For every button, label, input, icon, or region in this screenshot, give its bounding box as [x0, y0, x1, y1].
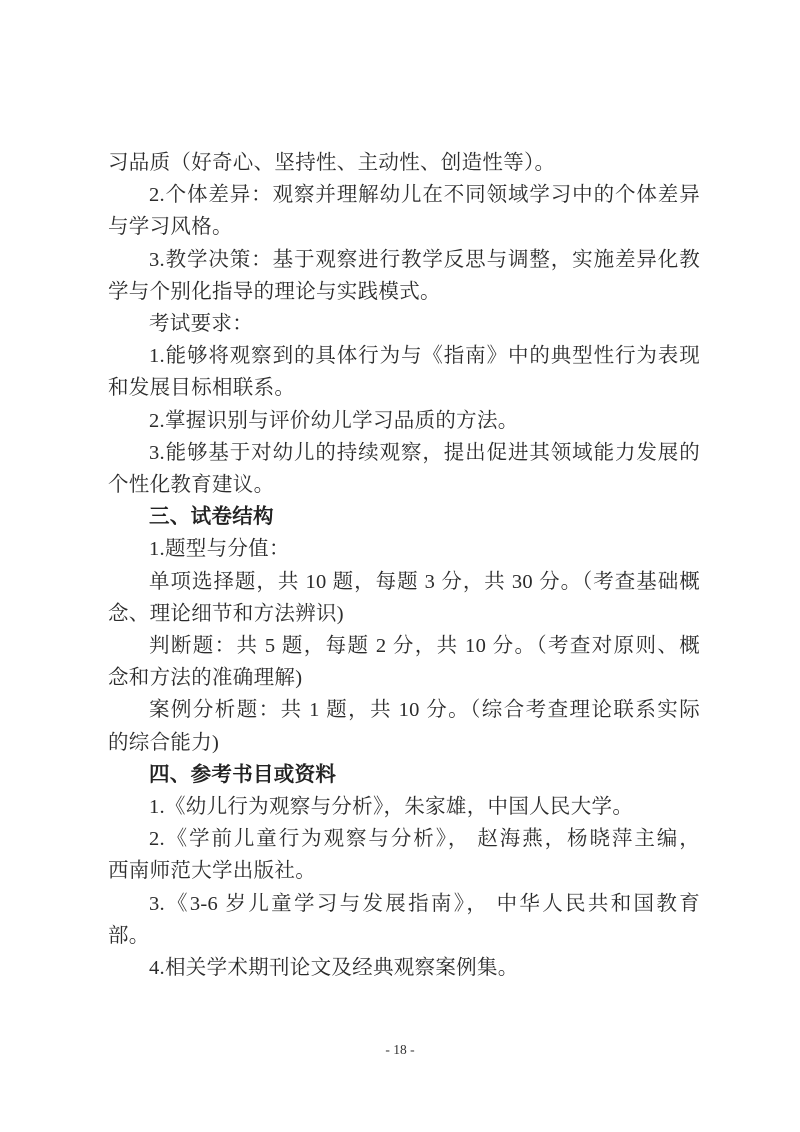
text-line: 3.教学决策：基于观察进行教学反思与调整，实施差异化教	[108, 244, 700, 276]
text-line: 1.能够将观察到的具体行为与《指南》中的典型性行为表现	[108, 340, 700, 372]
text-line: 的综合能力)	[108, 727, 700, 759]
section-heading-exam-structure: 三、试卷结构	[108, 501, 700, 533]
reference-item-continuation: 部。	[108, 920, 700, 952]
reference-item-continuation: 西南师范大学出版社。	[108, 855, 700, 887]
text-line: 判断题：共 5 题，每题 2 分，共 10 分。（考查对原则、概	[108, 630, 700, 662]
text-line: 和发展目标相联系。	[108, 372, 700, 404]
text-line: 念、理论细节和方法辨识)	[108, 598, 700, 630]
text-line: 2.个体差异：观察并理解幼儿在不同领域学习中的个体差异	[108, 179, 700, 211]
reference-item: 4.相关学术期刊论文及经典观察案例集。	[108, 952, 700, 984]
text-line: 单项选择题，共 10 题，每题 3 分，共 30 分。（考查基础概	[108, 566, 700, 598]
exam-requirements-label: 考试要求：	[108, 308, 700, 340]
document-body: 习品质（好奇心、坚持性、主动性、创造性等）。 2.个体差异：观察并理解幼儿在不同…	[108, 147, 700, 984]
reference-item: 1.《幼儿行为观察与分析》，朱家雄，中国人民大学。	[108, 791, 700, 823]
text-line: 2.掌握识别与评价幼儿学习品质的方法。	[108, 405, 700, 437]
text-line: 个性化教育建议。	[108, 469, 700, 501]
text-line: 念和方法的准确理解)	[108, 662, 700, 694]
section-heading-references: 四、参考书目或资料	[108, 759, 700, 791]
reference-item: 2.《学前儿童行为观察与分析》， 赵海燕，杨晓萍主编，	[108, 823, 700, 855]
text-line: 学与个别化指导的理论与实践模式。	[108, 276, 700, 308]
text-line: 案例分析题：共 1 题，共 10 分。（综合考查理论联系实际	[108, 694, 700, 726]
text-line: 3.能够基于对幼儿的持续观察，提出促进其领域能力发展的	[108, 437, 700, 469]
text-line: 1.题型与分值：	[108, 533, 700, 565]
reference-item: 3.《3-6 岁儿童学习与发展指南》， 中华人民共和国教育	[108, 888, 700, 920]
text-line: 习品质（好奇心、坚持性、主动性、创造性等）。	[108, 147, 700, 179]
page-number: - 18 -	[0, 1042, 800, 1058]
document-page: 习品质（好奇心、坚持性、主动性、创造性等）。 2.个体差异：观察并理解幼儿在不同…	[0, 0, 800, 1132]
text-line: 与学习风格。	[108, 211, 700, 243]
